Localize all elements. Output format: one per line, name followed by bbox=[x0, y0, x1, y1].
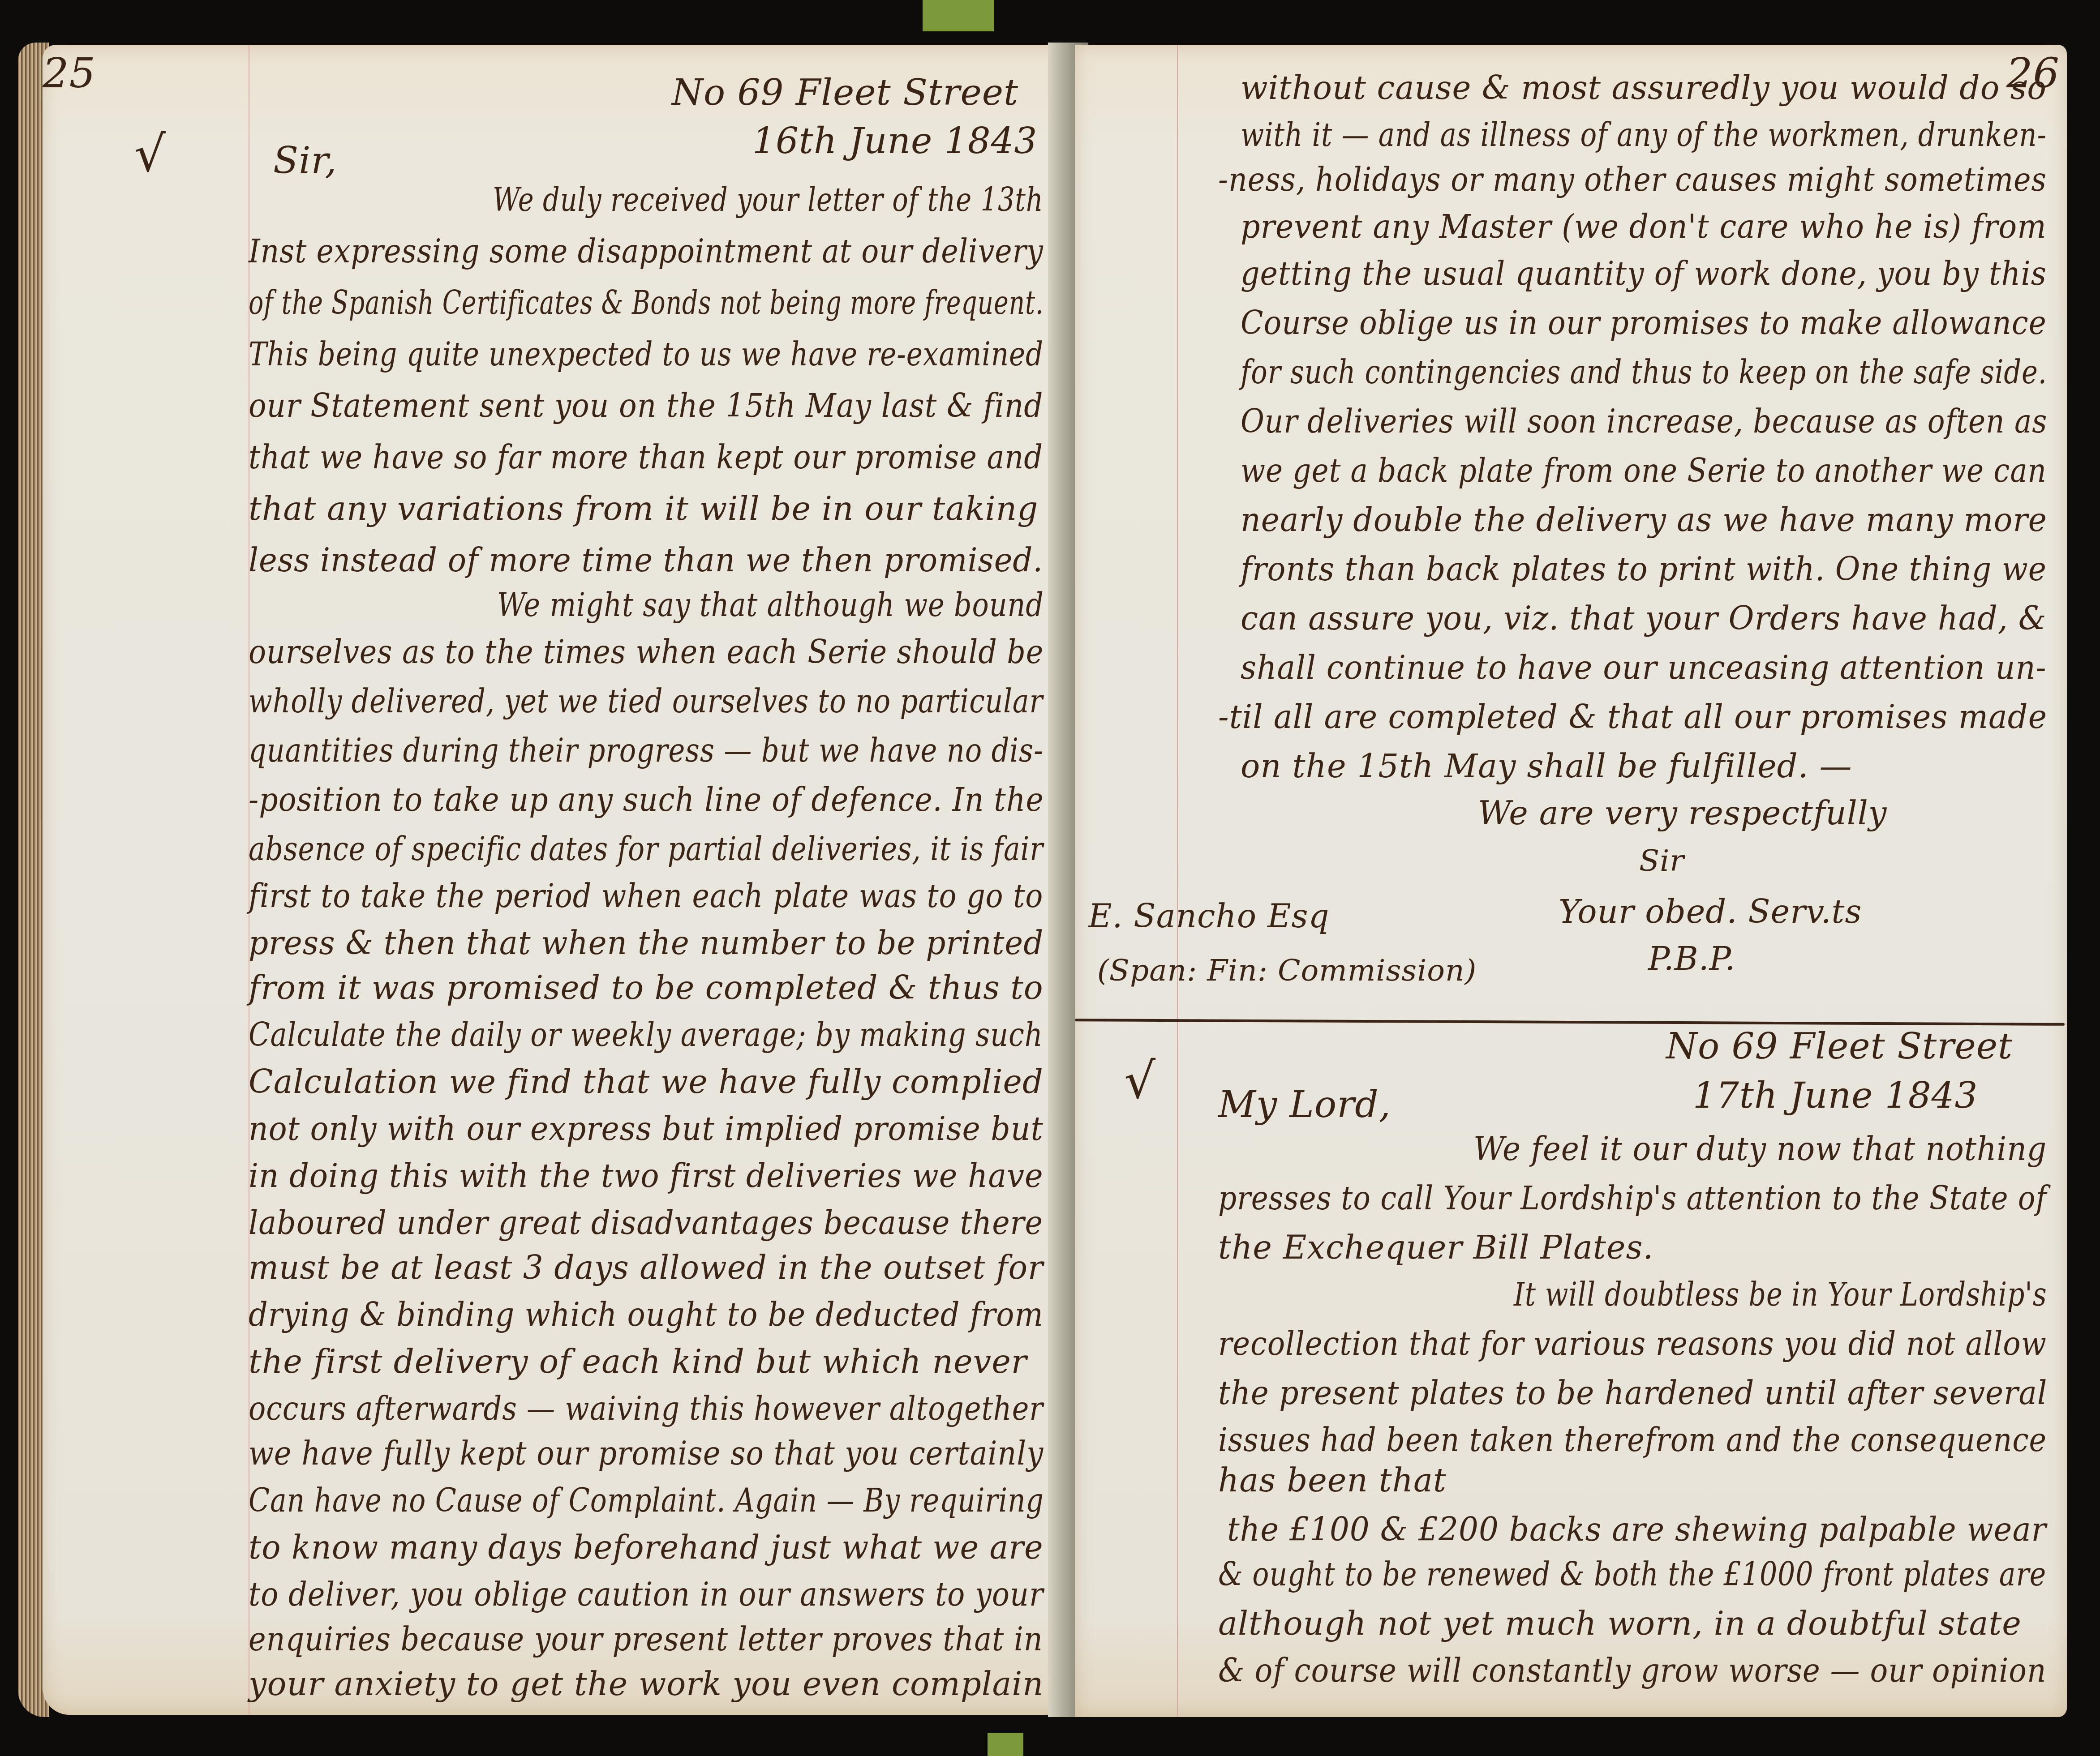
letter-line: quantities during their progress — but w… bbox=[249, 734, 1044, 767]
letter-line: ourselves as to the times when each Seri… bbox=[249, 636, 1044, 668]
letter-line: without cause & most assuredly you would… bbox=[1241, 72, 2047, 104]
letter-line: wholly delivered, yet we tied ourselves … bbox=[249, 685, 1043, 717]
letter-line: to deliver, you oblige caution in our an… bbox=[249, 1578, 1044, 1610]
letter-line: your anxiety to get the work you even co… bbox=[249, 1668, 1044, 1700]
letter-line: the present plates to be hardened until … bbox=[1218, 1377, 2047, 1409]
letter2-address: No 69 Fleet Street bbox=[1666, 1025, 2013, 1067]
letter-line: our Statement sent you on the 15th May l… bbox=[249, 390, 1043, 422]
letter-line: must be at least 3 days allowed in the o… bbox=[249, 1251, 1044, 1284]
letter-line: with it — and as illness of any of the w… bbox=[1241, 119, 2047, 151]
letter-line: prevent any Master (we don't care who he… bbox=[1241, 210, 2047, 243]
left-page-number: 25 bbox=[43, 49, 96, 97]
closing-sir: Sir bbox=[1639, 846, 1684, 876]
letter-line: the £100 & £200 backs are shewing palpab… bbox=[1227, 1513, 2047, 1546]
letter-line: fronts than back plates to print with. O… bbox=[1241, 553, 2047, 585]
letter-line: can assure you, viz. that your Orders ha… bbox=[1241, 602, 2047, 634]
letter-line: occurs afterwards — waiving this however… bbox=[249, 1392, 1043, 1425]
letter-line: the Exchequer Bill Plates. bbox=[1218, 1231, 1653, 1263]
letter-line: & ought to be renewed & both the £1000 f… bbox=[1218, 1558, 2046, 1590]
letter-line: first to take the period when each plate… bbox=[249, 880, 1043, 912]
letter-line: getting the usual quantity of work done,… bbox=[1241, 257, 2047, 290]
letter-line: enquiries because your present letter pr… bbox=[249, 1623, 1043, 1655]
letter-line: the first delivery of each kind but whic… bbox=[249, 1345, 1027, 1378]
letter-line: not only with our express but implied pr… bbox=[249, 1113, 1044, 1145]
letter-line: It will doubtless be in Your Lordship's bbox=[1514, 1278, 2047, 1311]
recipient-title: (Span: Fin: Commission) bbox=[1097, 956, 1477, 985]
letter-line: Calculate the daily or weekly average; b… bbox=[249, 1019, 1043, 1051]
closing-phrase: We are very respectfully bbox=[1478, 797, 1887, 829]
letter-line: to know many days beforehand just what w… bbox=[249, 1531, 1044, 1563]
letter-line: Calculation we find that we have fully c… bbox=[249, 1066, 1044, 1098]
letter-line: -position to take up any such line of de… bbox=[249, 784, 1044, 816]
letter1-salutation: Sir, bbox=[273, 140, 337, 182]
checkmark-icon: √ bbox=[134, 125, 166, 183]
letter2-salutation: My Lord, bbox=[1218, 1084, 1391, 1126]
letter-line: we get a back plate from one Serie to an… bbox=[1241, 454, 2047, 487]
scanned-letter-book-spread: 25 √ No 69 Fleet Street 16th June 1843 S… bbox=[0, 0, 2100, 1756]
letter-line: We might say that although we bound bbox=[497, 589, 1044, 621]
letter-line: Course oblige us in our promises to make… bbox=[1241, 307, 2047, 339]
letter-line: -til all are completed & that all our pr… bbox=[1218, 701, 2047, 733]
letter-line: from it was promised to be completed & t… bbox=[249, 972, 1044, 1004]
letter-line: recollection that for various reasons yo… bbox=[1218, 1328, 2047, 1360]
letter-line: drying & binding which ought to be deduc… bbox=[249, 1298, 1044, 1331]
signature-initials: P.B.P. bbox=[1648, 942, 1735, 975]
letter-line: laboured under great disadvantages becau… bbox=[249, 1207, 1043, 1239]
letter-line: although not yet much worn, in a doubtfu… bbox=[1218, 1607, 2022, 1640]
letter-line: that any variations from it will be in o… bbox=[249, 493, 1038, 525]
letter-line: Our deliveries will soon increase, becau… bbox=[1241, 405, 2047, 437]
letter1-address: No 69 Fleet Street bbox=[672, 72, 1018, 113]
letter-line: We duly received your letter of the 13th bbox=[493, 184, 1044, 216]
letter-line: shall continue to have our unceasing att… bbox=[1241, 651, 2047, 684]
letter-line: less instead of more time than we then p… bbox=[249, 544, 1043, 576]
letter-line: We feel it our duty now that nothing bbox=[1473, 1133, 2047, 1165]
letter-line: press & then that when the number to be … bbox=[249, 927, 1044, 959]
right-margin-rule bbox=[1177, 45, 1178, 1717]
letter-line: & of course will constantly grow worse —… bbox=[1218, 1654, 2046, 1687]
closing-servants: Your obed. Serv.ts bbox=[1559, 895, 1862, 928]
letter-line: that we have so far more than kept our p… bbox=[249, 441, 1043, 473]
green-bookmark-tab-bottom bbox=[988, 1733, 1023, 1756]
letter-line: Can have no Cause of Complaint. Again — … bbox=[249, 1484, 1044, 1516]
checkmark-icon: √ bbox=[1124, 1052, 1156, 1109]
green-bookmark-tab-top bbox=[923, 0, 994, 31]
letter-line: has been that bbox=[1218, 1464, 1447, 1496]
letter-line: we have fully kept our promise so that y… bbox=[249, 1437, 1044, 1469]
letter-line: -ness, holidays or many other causes mig… bbox=[1218, 163, 2047, 196]
letter-line: issues had been taken therefrom and the … bbox=[1218, 1424, 2047, 1456]
letter2-date: 17th June 1843 bbox=[1693, 1075, 1978, 1116]
letter-line: of the Spanish Certificates & Bonds not … bbox=[249, 287, 1044, 319]
letter-line: This being quite unexpected to us we hav… bbox=[249, 338, 1044, 370]
letter-line: presses to call Your Lordship's attentio… bbox=[1218, 1182, 2047, 1214]
letter-line: in doing this with the two first deliver… bbox=[249, 1160, 1044, 1192]
letter1-date: 16th June 1843 bbox=[752, 120, 1037, 162]
letter-line: for such contingencies and thus to keep … bbox=[1241, 356, 2047, 388]
letter-line: absence of specific dates for partial de… bbox=[249, 833, 1044, 865]
letter-line: on the 15th May shall be fulfilled. — bbox=[1241, 750, 1852, 782]
letter-line: Inst expressing some disappointment at o… bbox=[249, 235, 1044, 267]
recipient-name: E. Sancho Esq bbox=[1088, 900, 1329, 932]
letter-line: nearly double the delivery as we have ma… bbox=[1241, 504, 2047, 536]
